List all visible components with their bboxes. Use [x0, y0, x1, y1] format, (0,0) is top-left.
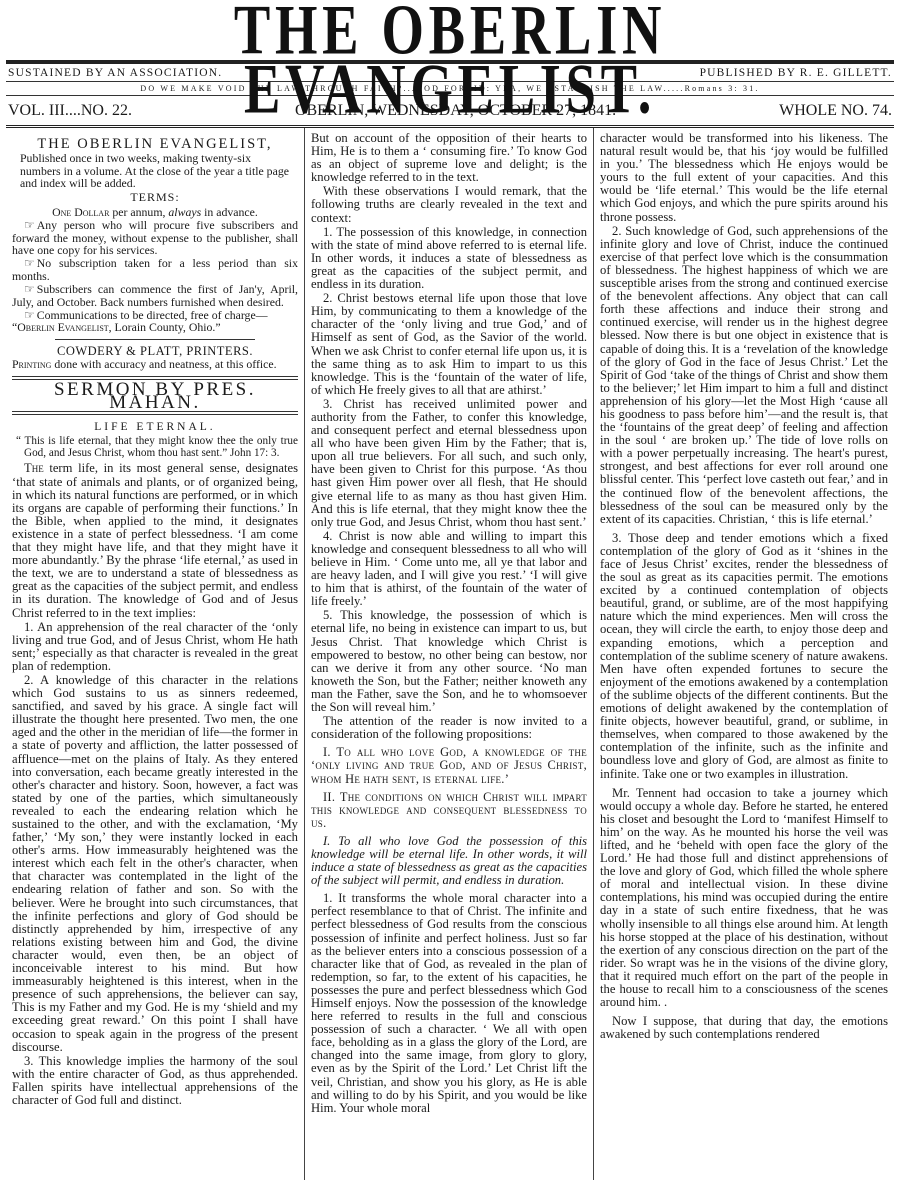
- terms-price: One Dollar per annum, always in advance.: [12, 206, 298, 218]
- printing-text: done with accuracy and neatness, at this…: [51, 357, 276, 371]
- article-paragraph: 1. An apprehension of the real character…: [12, 621, 298, 673]
- italic-thesis: I. To all who love God the possession of…: [311, 835, 587, 887]
- article-paragraph: 5. This knowledge, the possession of whi…: [311, 609, 587, 714]
- column-2: But on account of the opposition of thei…: [305, 128, 594, 1180]
- column-3: character would be transformed into his …: [594, 128, 894, 1180]
- article-paragraph: With these observations I would remark, …: [311, 185, 587, 224]
- notice-item: ☞No subscription taken for a less period…: [12, 257, 298, 282]
- article-heading: SERMON BY PRES. MAHAN.: [12, 383, 298, 409]
- article-paragraph: Now I suppose, that during that day, the…: [600, 1015, 888, 1041]
- article-paragraph: 2. A knowledge of this character in the …: [12, 674, 298, 1054]
- info-intro: Published once in two weeks, making twen…: [12, 152, 298, 189]
- terms-heading: TERMS:: [12, 191, 298, 203]
- notice-text: Subscribers can commence the first of Ja…: [12, 282, 298, 308]
- notice-item: ☞Subscribers can commence the first of J…: [12, 283, 298, 308]
- article-paragraph: 3. Those deep and tender emotions which …: [600, 532, 888, 781]
- article-paragraph: The attention of the reader is now invit…: [311, 715, 587, 741]
- price-suffix: in advance.: [201, 205, 258, 219]
- notice-item: ☞Communications to be directed, free of …: [12, 309, 298, 334]
- proposition-2: II. The conditions on which Christ will …: [311, 791, 587, 830]
- price-emphasis: always: [168, 205, 201, 219]
- info-box-title: THE OBERLIN EVANGELIST,: [12, 138, 298, 151]
- page-columns: THE OBERLIN EVANGELIST, Published once i…: [6, 125, 894, 1180]
- info-box: Published once in two weeks, making twen…: [12, 152, 298, 371]
- article-paragraph: The term life, in its most general sense…: [12, 462, 298, 619]
- masthead-title-text: THE OBERLIN EVANGELIST.: [99, 1, 801, 119]
- epigraph: “ This is life eternal, that they might …: [12, 436, 298, 460]
- column-1: THE OBERLIN EVANGELIST, Published once i…: [6, 128, 305, 1180]
- article-paragraph: 2. Such knowledge of God, such apprehens…: [600, 225, 888, 526]
- article-paragraph: 1. It transforms the whole moral charact…: [311, 892, 587, 1115]
- article-paragraph: character would be transformed into his …: [600, 132, 888, 224]
- printers-heading: COWDERY & PLATT, PRINTERS.: [12, 345, 298, 357]
- price-amount: One Dollar: [52, 205, 109, 219]
- drop-lead: The: [24, 461, 44, 475]
- proposition-1: I. To all who love God, a knowledge of t…: [311, 746, 587, 785]
- article-subheading: LIFE ETERNAL.: [12, 421, 298, 434]
- address-rest: Lorain County, Ohio.”: [112, 320, 221, 334]
- notice-item: ☞Any person who will procure five subscr…: [12, 219, 298, 256]
- printing-notice: Printing done with accuracy and neatness…: [12, 358, 298, 370]
- address-name: “Oberlin Evangelist,: [12, 320, 112, 334]
- article-paragraph: Mr. Tennent had occasion to take a journ…: [600, 787, 888, 1010]
- article-paragraph: 1. The possession of this knowledge, in …: [311, 226, 587, 291]
- paragraph-text: term life, in its most general sense, de…: [12, 461, 298, 619]
- printing-label: Printing: [12, 357, 51, 371]
- article-paragraph: But on account of the opposition of thei…: [311, 132, 587, 184]
- article-paragraph: 3. This knowledge implies the harmony of…: [12, 1055, 298, 1107]
- article-paragraph: 4. Christ is now able and willing to imp…: [311, 530, 587, 609]
- notice-text: Any person who will procure five subscri…: [12, 218, 298, 257]
- article-paragraph: 3. Christ has received unlimited power a…: [311, 398, 587, 529]
- price-mid: per annum,: [109, 205, 168, 219]
- article-paragraph: 2. Christ bestows eternal life upon thos…: [311, 292, 587, 397]
- divider: [55, 339, 255, 340]
- masthead-title: THE OBERLIN EVANGELIST.: [0, 1, 900, 60]
- notice-text: No subscription taken for a less period …: [12, 256, 298, 282]
